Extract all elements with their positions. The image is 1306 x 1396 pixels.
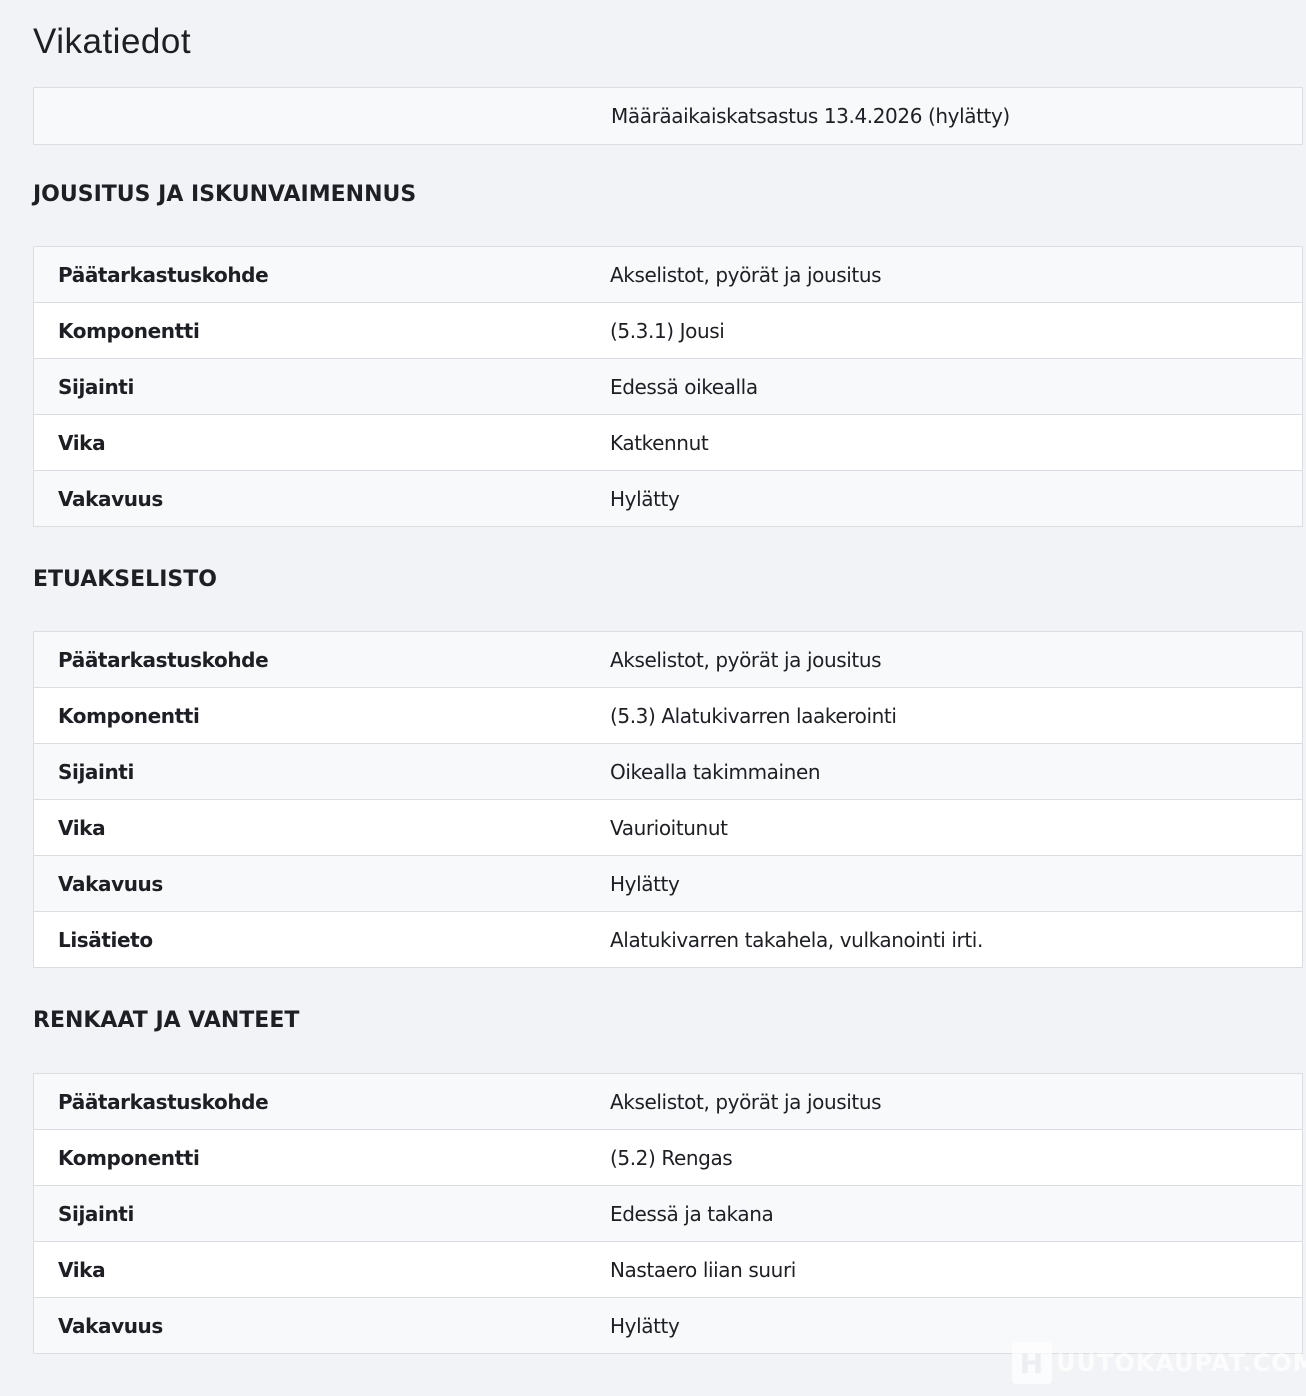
inspection-summary: Määräaikaiskatsastus 13.4.2026 (hylätty)	[33, 87, 1303, 145]
table-row: VakavuusHylätty	[34, 856, 1303, 912]
table-row: SijaintiEdessä ja takana	[34, 1186, 1303, 1242]
row-value: (5.3) Alatukivarren laakerointi	[610, 688, 1303, 744]
section-title-front-axle: ETUAKSELISTO	[33, 567, 217, 592]
row-value: (5.2) Rengas	[610, 1130, 1303, 1186]
cube-h-logo-icon: H	[1012, 1342, 1052, 1384]
row-value: Akselistot, pyörät ja jousitus	[610, 632, 1303, 688]
table-row: VikaNastaero liian suuri	[34, 1242, 1303, 1298]
row-value: Akselistot, pyörät ja jousitus	[610, 247, 1303, 303]
table-row: Komponentti(5.3.1) Jousi	[34, 303, 1303, 359]
table-row: PäätarkastuskohdeAkselistot, pyörät ja j…	[34, 1074, 1303, 1130]
section-title-suspension: JOUSITUS JA ISKUNVAIMENNUS	[33, 182, 416, 207]
table-row: PäätarkastuskohdeAkselistot, pyörät ja j…	[34, 247, 1303, 303]
watermark-text: UUTOKAUPAT.COM	[1056, 1349, 1306, 1377]
row-value: Katkennut	[610, 415, 1303, 471]
row-key: Sijainti	[34, 1186, 611, 1242]
table-row: SijaintiOikealla takimmainen	[34, 744, 1303, 800]
row-key: Sijainti	[34, 744, 611, 800]
row-key: Vika	[34, 1242, 611, 1298]
watermark: H UUTOKAUPAT.COM	[1012, 1340, 1306, 1386]
row-key: Komponentti	[34, 688, 611, 744]
row-key: Päätarkastuskohde	[34, 247, 611, 303]
table-row: Komponentti(5.2) Rengas	[34, 1130, 1303, 1186]
row-key: Komponentti	[34, 303, 611, 359]
row-value: Hylätty	[610, 856, 1303, 912]
row-key: Vika	[34, 800, 611, 856]
row-key: Päätarkastuskohde	[34, 632, 611, 688]
page-title: Vikatiedot	[33, 22, 191, 62]
row-key: Lisätieto	[34, 912, 611, 968]
row-key: Vakavuus	[34, 1298, 611, 1354]
fault-table-suspension: PäätarkastuskohdeAkselistot, pyörät ja j…	[33, 246, 1303, 527]
row-key: Sijainti	[34, 359, 611, 415]
row-value: Hylätty	[610, 471, 1303, 527]
row-key: Vakavuus	[34, 471, 611, 527]
table-row: SijaintiEdessä oikealla	[34, 359, 1303, 415]
row-key: Päätarkastuskohde	[34, 1074, 611, 1130]
table-row: PäätarkastuskohdeAkselistot, pyörät ja j…	[34, 632, 1303, 688]
row-value: Edessä ja takana	[610, 1186, 1303, 1242]
row-value: (5.3.1) Jousi	[610, 303, 1303, 359]
row-value: Nastaero liian suuri	[610, 1242, 1303, 1298]
table-row: VikaVaurioitunut	[34, 800, 1303, 856]
row-value: Edessä oikealla	[610, 359, 1303, 415]
fault-table-front-axle: PäätarkastuskohdeAkselistot, pyörät ja j…	[33, 631, 1303, 968]
section-title-tyres-rims: RENKAAT JA VANTEET	[33, 1008, 299, 1033]
row-value: Alatukivarren takahela, vulkanointi irti…	[610, 912, 1303, 968]
row-key: Vika	[34, 415, 611, 471]
table-row: VikaKatkennut	[34, 415, 1303, 471]
inspection-label: Määräaikaiskatsastus 13.4.2026 (hylätty)	[611, 104, 1010, 128]
row-key: Komponentti	[34, 1130, 611, 1186]
row-key: Vakavuus	[34, 856, 611, 912]
table-row: Komponentti(5.3) Alatukivarren laakeroin…	[34, 688, 1303, 744]
row-value: Oikealla takimmainen	[610, 744, 1303, 800]
row-value: Akselistot, pyörät ja jousitus	[610, 1074, 1303, 1130]
fault-table-tyres-rims: PäätarkastuskohdeAkselistot, pyörät ja j…	[33, 1073, 1303, 1354]
row-value: Vaurioitunut	[610, 800, 1303, 856]
table-row: VakavuusHylätty	[34, 471, 1303, 527]
table-row: LisätietoAlatukivarren takahela, vulkano…	[34, 912, 1303, 968]
